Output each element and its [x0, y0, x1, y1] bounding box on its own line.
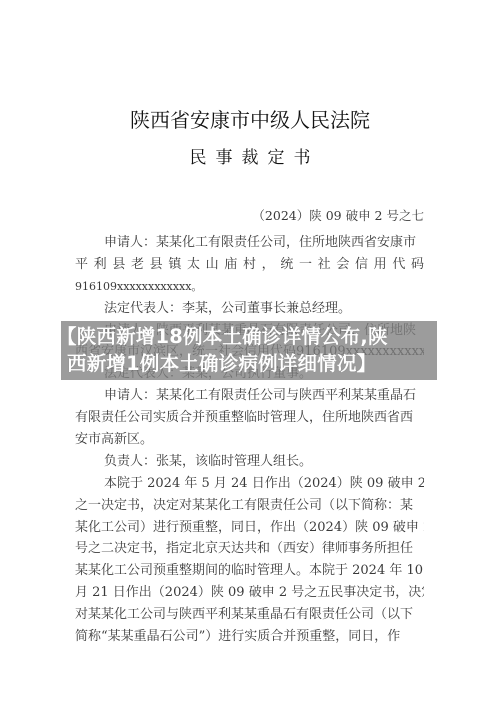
headline-line-1: 【陕西新增18例本土确诊详情公布,陕	[57, 323, 447, 350]
body-line-legal-rep-1: 法定代表人：李某，公司董事长兼总经理。	[75, 298, 424, 320]
body-line-ruling-8: 简称“某某重晶石公司”）进行实质合并预重整，同日，作	[75, 626, 424, 648]
body-line-ruling-6: 月 21 日作出（2024）陕 09 破申 2 号之五民事决定书，决定	[75, 582, 424, 604]
body-line-credit-code-1: 916109xxxxxxxxxxxx。	[75, 276, 424, 298]
headline-line-2: 西新增1例本土确诊病例详细情况】	[57, 350, 447, 377]
document-type-heading: 民事裁定书	[0, 146, 500, 170]
body-line-administrator-address: 安市高新区。	[75, 429, 424, 451]
headline-overlay-title: 【陕西新增18例本土确诊详情公布,陕 西新增1例本土确诊病例详细情况】	[57, 323, 447, 377]
body-line-applicant-3: 申请人：某某化工有限责任公司与陕西平利某某重晶石	[75, 385, 424, 407]
body-line-ruling-4: 号之二决定书，指定北京天达共和（西安）律师事务所担任	[75, 538, 424, 560]
body-line-ruling-5: 某某化工公司预重整期间的临时管理人。本院于 2024 年 10	[75, 560, 424, 582]
body-line-ruling-1: 本院于 2024 年 5 月 24 日作出（2024）陕 09 破申 2 号	[75, 473, 424, 495]
body-line-address-1: 平 利 县 老 县 镇 太 山 庙 村 ， 统 一 社 会 信 用 代 码	[75, 254, 424, 276]
headline-overlay-banner: 【陕西新增18例本土确诊详情公布,陕 西新增1例本土确诊病例详细情况】	[61, 321, 437, 380]
body-line-responsible-person: 负责人：张某，该临时管理人组长。	[75, 451, 424, 473]
body-line-ruling-7: 对某某化工公司与陕西平利某某重晶石有限责任公司（以下	[75, 604, 424, 626]
case-number: （2024）陕 09 破申 2 号之七	[252, 206, 424, 226]
body-line-administrator: 有限责任公司实质合并预重整临时管理人，住所地陕西省西	[75, 407, 424, 429]
court-name-heading: 陕西省安康市中级人民法院	[0, 108, 500, 132]
body-line-ruling-2: 之一决定书，决定对某某化工有限责任公司（以下简称：某	[75, 495, 424, 517]
document-body: 申请人：某某化工有限责任公司，住所地陕西省安康市 平 利 县 老 县 镇 太 山…	[75, 232, 424, 648]
document-page: 陕西省安康市中级人民法院 民事裁定书 （2024）陕 09 破申 2 号之七 申…	[0, 0, 500, 706]
body-line-ruling-3: 某化工公司）进行预重整，同日，作出（2024）陕 09 破申 2	[75, 517, 424, 539]
body-line-applicant-1: 申请人：某某化工有限责任公司，住所地陕西省安康市	[75, 232, 424, 254]
